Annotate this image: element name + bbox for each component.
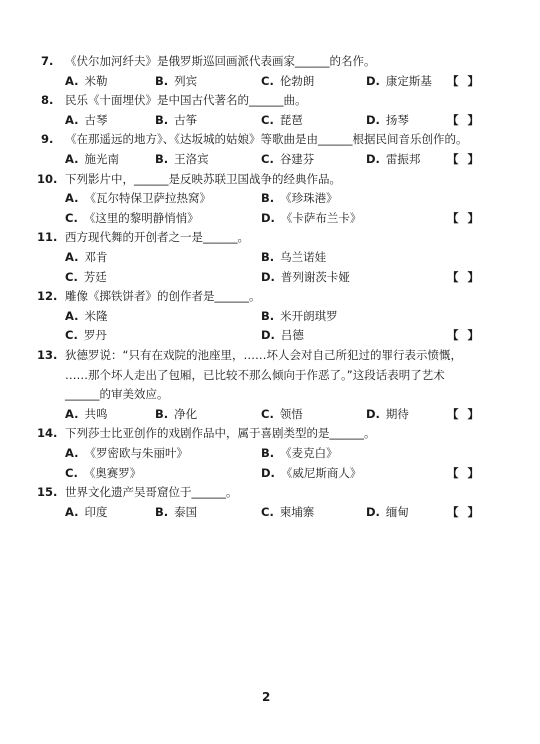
question-stem: 12.雕像《掷铁饼者》的创作者是______。 bbox=[0, 287, 540, 305]
option-text: 吕德 bbox=[281, 328, 304, 342]
bracket-left: 【 bbox=[447, 209, 459, 227]
option-label: C. bbox=[65, 466, 78, 480]
option-text: 施光南 bbox=[84, 152, 119, 166]
option-label: D. bbox=[366, 407, 380, 421]
option-label: D. bbox=[366, 74, 380, 88]
answer-option[interactable]: D.普列谢茨卡娅 bbox=[261, 268, 350, 286]
question-stem-continued: ……那个坏人走出了包厢，已比较不那么倾向于作恶了。”这段话表明了艺术 bbox=[0, 366, 540, 384]
answer-option[interactable]: A.《瓦尔特保卫萨拉热窝》 bbox=[65, 189, 211, 207]
option-label: A. bbox=[65, 74, 78, 88]
bracket-right: 】 bbox=[468, 111, 480, 129]
option-label: A. bbox=[65, 152, 78, 166]
option-label: D. bbox=[261, 270, 275, 284]
options-row: A.米勒B.列宾C.伦勃朗D.康定斯基【】 bbox=[0, 72, 540, 90]
option-label: A. bbox=[65, 505, 78, 519]
answer-option[interactable]: C.伦勃朗 bbox=[261, 72, 314, 90]
option-text: 罗丹 bbox=[84, 328, 107, 342]
option-label: B. bbox=[261, 446, 274, 460]
option-text: 康定斯基 bbox=[386, 74, 432, 88]
option-label: A. bbox=[65, 113, 78, 127]
bracket-left: 【 bbox=[447, 405, 459, 423]
option-text: 《威尼斯商人》 bbox=[281, 466, 362, 480]
question-stem: 7.《伏尔加河纤夫》是俄罗斯巡回画派代表画家______的名作。 bbox=[0, 52, 540, 70]
option-text: 列宾 bbox=[174, 74, 197, 88]
answer-option[interactable]: A.印度 bbox=[65, 503, 107, 521]
answer-option[interactable]: A.邓肯 bbox=[65, 248, 107, 266]
question-text: 世界文化遗产吴哥窟位于______。 bbox=[65, 483, 238, 501]
answer-option[interactable]: C.《奥赛罗》 bbox=[65, 464, 141, 482]
answer-option[interactable]: C.琵琶 bbox=[261, 111, 303, 129]
options-row: C.罗丹D.吕德【】 bbox=[0, 326, 540, 344]
options-row: A.古琴B.古筝C.琵琶D.扬琴【】 bbox=[0, 111, 540, 129]
answer-option[interactable]: D.扬琴 bbox=[366, 111, 409, 129]
question-stem-continued: ______的审美效应。 bbox=[0, 385, 540, 403]
options-row: A.《罗密欧与朱丽叶》B.《麦克白》 bbox=[0, 444, 540, 462]
option-text: 扬琴 bbox=[386, 113, 409, 127]
answer-option[interactable]: D.《威尼斯商人》 bbox=[261, 464, 361, 482]
option-label: C. bbox=[261, 74, 274, 88]
answer-option[interactable]: D.吕德 bbox=[261, 326, 304, 344]
question-number: 9. bbox=[41, 130, 53, 148]
question-stem: 8.民乐《十面埋伏》是中国古代著名的______曲。 bbox=[0, 91, 540, 109]
answer-option[interactable]: A.共鸣 bbox=[65, 405, 107, 423]
option-text: 古筝 bbox=[174, 113, 197, 127]
option-text: 印度 bbox=[84, 505, 107, 519]
option-text: 领悟 bbox=[280, 407, 303, 421]
option-text: 《瓦尔特保卫萨拉热窝》 bbox=[84, 191, 211, 205]
answer-option[interactable]: D.缅甸 bbox=[366, 503, 409, 521]
option-label: C. bbox=[65, 211, 78, 225]
bracket-right: 】 bbox=[468, 268, 480, 286]
option-label: D. bbox=[261, 328, 275, 342]
option-text: 缅甸 bbox=[386, 505, 409, 519]
answer-option[interactable]: C.《这里的黎明静悄悄》 bbox=[65, 209, 199, 227]
answer-option[interactable]: C.柬埔寨 bbox=[261, 503, 314, 521]
option-text: 琵琶 bbox=[280, 113, 303, 127]
answer-option[interactable]: A.米勒 bbox=[65, 72, 107, 90]
question-text: 雕像《掷铁饼者》的创作者是______。 bbox=[65, 287, 261, 305]
answer-option[interactable]: D.雷振邦 bbox=[366, 150, 420, 168]
option-label: B. bbox=[155, 407, 168, 421]
option-label: C. bbox=[261, 152, 274, 166]
option-label: C. bbox=[65, 270, 78, 284]
option-text: 《卡萨布兰卡》 bbox=[281, 211, 362, 225]
option-text: 净化 bbox=[174, 407, 197, 421]
question-text: 西方现代舞的开创者之一是______。 bbox=[65, 228, 249, 246]
question-text: 狄德罗说：“只有在戏院的池座里，……坏人会对自己所犯过的罪行表示愤慨， bbox=[65, 346, 462, 364]
question-number: 10. bbox=[37, 170, 57, 188]
bracket-left: 【 bbox=[447, 503, 459, 521]
option-label: C. bbox=[261, 505, 274, 519]
option-label: C. bbox=[65, 328, 78, 342]
option-label: D. bbox=[366, 505, 380, 519]
question-text: 《伏尔加河纤夫》是俄罗斯巡回画派代表画家______的名作。 bbox=[65, 52, 376, 70]
answer-option[interactable]: A.《罗密欧与朱丽叶》 bbox=[65, 444, 188, 462]
question-stem: 10.下列影片中，______是反映苏联卫国战争的经典作品。 bbox=[0, 170, 540, 188]
options-row: A.共鸣B.净化C.领悟D.期待【】 bbox=[0, 405, 540, 423]
answer-option[interactable]: C.领悟 bbox=[261, 405, 303, 423]
bracket-right: 】 bbox=[468, 150, 480, 168]
bracket-right: 】 bbox=[468, 326, 480, 344]
options-row: A.《瓦尔特保卫萨拉热窝》B.《珍珠港》 bbox=[0, 189, 540, 207]
option-label: B. bbox=[155, 152, 168, 166]
option-label: D. bbox=[261, 466, 275, 480]
question-number: 12. bbox=[37, 287, 57, 305]
option-text: 《这里的黎明静悄悄》 bbox=[84, 211, 199, 225]
answer-option[interactable]: C.谷建芬 bbox=[261, 150, 314, 168]
options-row: C.芳廷D.普列谢茨卡娅【】 bbox=[0, 268, 540, 286]
question-stem: 14.下列莎士比亚创作的戏剧作品中，属于喜剧类型的是______。 bbox=[0, 424, 540, 442]
bracket-left: 【 bbox=[447, 464, 459, 482]
question-text: 民乐《十面埋伏》是中国古代著名的______曲。 bbox=[65, 91, 307, 109]
option-text: 《奥赛罗》 bbox=[84, 466, 142, 480]
answer-option[interactable]: C.芳廷 bbox=[65, 268, 107, 286]
question-text: 下列莎士比亚创作的戏剧作品中，属于喜剧类型的是______。 bbox=[65, 424, 376, 442]
exam-page: 7.《伏尔加河纤夫》是俄罗斯巡回画派代表画家______的名作。A.米勒B.列宾… bbox=[0, 0, 540, 744]
option-label: B. bbox=[155, 74, 168, 88]
question-number: 15. bbox=[37, 483, 57, 501]
question-number: 7. bbox=[41, 52, 53, 70]
answer-option[interactable]: B.乌兰诺娃 bbox=[261, 248, 326, 266]
question-text: ……那个坏人走出了包厢，已比较不那么倾向于作恶了。”这段话表明了艺术 bbox=[65, 366, 445, 384]
question-text: 下列影片中，______是反映苏联卫国战争的经典作品。 bbox=[65, 170, 341, 188]
option-label: A. bbox=[65, 407, 78, 421]
question-stem: 13.狄德罗说：“只有在戏院的池座里，……坏人会对自己所犯过的罪行表示愤慨， bbox=[0, 346, 540, 364]
option-label: B. bbox=[261, 191, 274, 205]
options-row: C.《这里的黎明静悄悄》D.《卡萨布兰卡》【】 bbox=[0, 209, 540, 227]
option-label: A. bbox=[65, 446, 78, 460]
option-label: A. bbox=[65, 191, 78, 205]
bracket-left: 【 bbox=[447, 150, 459, 168]
option-text: 雷振邦 bbox=[386, 152, 421, 166]
option-label: B. bbox=[261, 250, 274, 264]
options-row: C.《奥赛罗》D.《威尼斯商人》【】 bbox=[0, 464, 540, 482]
bracket-right: 】 bbox=[468, 405, 480, 423]
bracket-right: 】 bbox=[468, 464, 480, 482]
answer-option[interactable]: B.《麦克白》 bbox=[261, 444, 338, 462]
option-label: B. bbox=[261, 309, 274, 323]
option-text: 谷建芬 bbox=[280, 152, 315, 166]
question-stem: 9.《在那遥远的地方》、《达坂城的姑娘》等歌曲是由______根据民间音乐创作的… bbox=[0, 130, 540, 148]
page-number: 2 bbox=[262, 690, 270, 704]
bracket-right: 】 bbox=[468, 209, 480, 227]
options-row: A.施光南B.王洛宾C.谷建芬D.雷振邦【】 bbox=[0, 150, 540, 168]
option-label: B. bbox=[155, 113, 168, 127]
bracket-right: 】 bbox=[468, 72, 480, 90]
answer-option[interactable]: D.《卡萨布兰卡》 bbox=[261, 209, 361, 227]
bracket-left: 【 bbox=[447, 326, 459, 344]
option-label: C. bbox=[261, 113, 274, 127]
answer-option[interactable]: A.米隆 bbox=[65, 307, 107, 325]
bracket-left: 【 bbox=[447, 72, 459, 90]
option-label: A. bbox=[65, 309, 78, 323]
option-text: 柬埔寨 bbox=[280, 505, 315, 519]
question-number: 11. bbox=[37, 228, 57, 246]
bracket-left: 【 bbox=[447, 268, 459, 286]
option-label: B. bbox=[155, 505, 168, 519]
option-text: 期待 bbox=[386, 407, 409, 421]
option-text: 芳廷 bbox=[84, 270, 107, 284]
answer-option[interactable]: A.古琴 bbox=[65, 111, 107, 129]
options-row: A.邓肯B.乌兰诺娃 bbox=[0, 248, 540, 266]
option-text: 普列谢茨卡娅 bbox=[281, 270, 350, 284]
answer-option[interactable]: B.净化 bbox=[155, 405, 197, 423]
option-text: 《珍珠港》 bbox=[280, 191, 338, 205]
option-text: 泰国 bbox=[174, 505, 197, 519]
option-label: D. bbox=[366, 152, 380, 166]
question-stem: 11.西方现代舞的开创者之一是______。 bbox=[0, 228, 540, 246]
bracket-right: 】 bbox=[468, 503, 480, 521]
option-text: 王洛宾 bbox=[174, 152, 209, 166]
answer-option[interactable]: B.王洛宾 bbox=[155, 150, 209, 168]
bracket-left: 【 bbox=[447, 111, 459, 129]
option-label: D. bbox=[366, 113, 380, 127]
answer-option[interactable]: D.康定斯基 bbox=[366, 72, 432, 90]
option-text: 米隆 bbox=[84, 309, 107, 323]
question-stem: 15.世界文化遗产吴哥窟位于______。 bbox=[0, 483, 540, 501]
options-row: A.印度B.泰国C.柬埔寨D.缅甸【】 bbox=[0, 503, 540, 521]
option-label: A. bbox=[65, 250, 78, 264]
option-text: 共鸣 bbox=[84, 407, 107, 421]
answer-option[interactable]: B.米开朗琪罗 bbox=[261, 307, 338, 325]
answer-option[interactable]: B.古筝 bbox=[155, 111, 197, 129]
option-text: 伦勃朗 bbox=[280, 74, 315, 88]
answer-option[interactable]: A.施光南 bbox=[65, 150, 119, 168]
option-text: 米开朗琪罗 bbox=[280, 309, 338, 323]
option-text: 米勒 bbox=[84, 74, 107, 88]
answer-option[interactable]: B.《珍珠港》 bbox=[261, 189, 338, 207]
question-text: ______的审美效应。 bbox=[65, 385, 169, 403]
option-text: 邓肯 bbox=[84, 250, 107, 264]
option-text: 乌兰诺娃 bbox=[280, 250, 326, 264]
question-number: 14. bbox=[37, 424, 57, 442]
question-text: 《在那遥远的地方》、《达坂城的姑娘》等歌曲是由______根据民间音乐创作的。 bbox=[65, 130, 468, 148]
answer-option[interactable]: B.列宾 bbox=[155, 72, 197, 90]
option-text: 古琴 bbox=[84, 113, 107, 127]
answer-option[interactable]: D.期待 bbox=[366, 405, 409, 423]
options-row: A.米隆B.米开朗琪罗 bbox=[0, 307, 540, 325]
question-number: 13. bbox=[37, 346, 57, 364]
option-label: D. bbox=[261, 211, 275, 225]
option-label: C. bbox=[261, 407, 274, 421]
option-text: 《麦克白》 bbox=[280, 446, 338, 460]
answer-option[interactable]: C.罗丹 bbox=[65, 326, 107, 344]
option-text: 《罗密欧与朱丽叶》 bbox=[84, 446, 188, 460]
answer-option[interactable]: B.泰国 bbox=[155, 503, 197, 521]
question-number: 8. bbox=[41, 91, 53, 109]
